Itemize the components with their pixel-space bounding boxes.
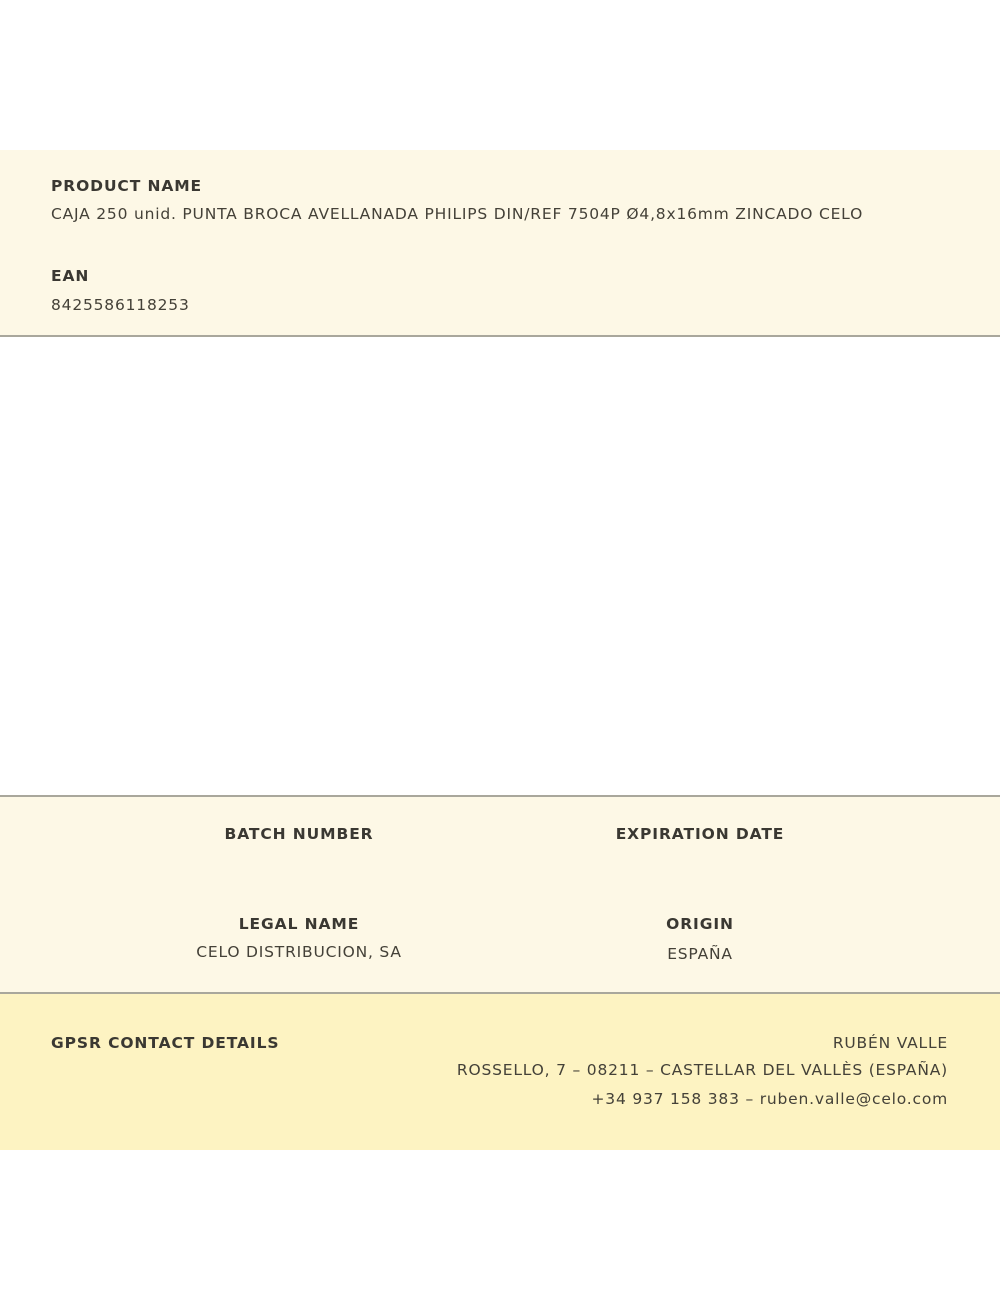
gpsr-contact-name: RUBÉN VALLE — [833, 1034, 948, 1052]
origin-value: ESPAÑA — [667, 945, 733, 963]
expiration-date-label: EXPIRATION DATE — [616, 825, 785, 843]
gpsr-section: GPSR CONTACT DETAILS RUBÉN VALLE ROSSELL… — [0, 994, 1000, 1150]
details-section: BATCH NUMBER EXPIRATION DATE LEGAL NAME … — [0, 795, 1000, 994]
legal-name-value: CELO DISTRIBUCION, SA — [196, 943, 402, 961]
origin-label: ORIGIN — [666, 915, 734, 933]
ean-value: 8425586118253 — [51, 296, 190, 314]
legal-name-label: LEGAL NAME — [239, 915, 359, 933]
product-name-value: CAJA 250 unid. PUNTA BROCA AVELLANADA PH… — [51, 205, 863, 223]
batch-number-label: BATCH NUMBER — [224, 825, 373, 843]
product-section: PRODUCT NAME CAJA 250 unid. PUNTA BROCA … — [0, 150, 1000, 337]
gpsr-contact-phone-email: +34 937 158 383 – ruben.valle@celo.com — [592, 1090, 949, 1108]
gpsr-contact-address: ROSSELLO, 7 – 08211 – CASTELLAR DEL VALL… — [457, 1061, 948, 1079]
product-name-label: PRODUCT NAME — [51, 177, 202, 195]
ean-label: EAN — [51, 267, 89, 285]
gpsr-contact-label: GPSR CONTACT DETAILS — [51, 1034, 279, 1052]
